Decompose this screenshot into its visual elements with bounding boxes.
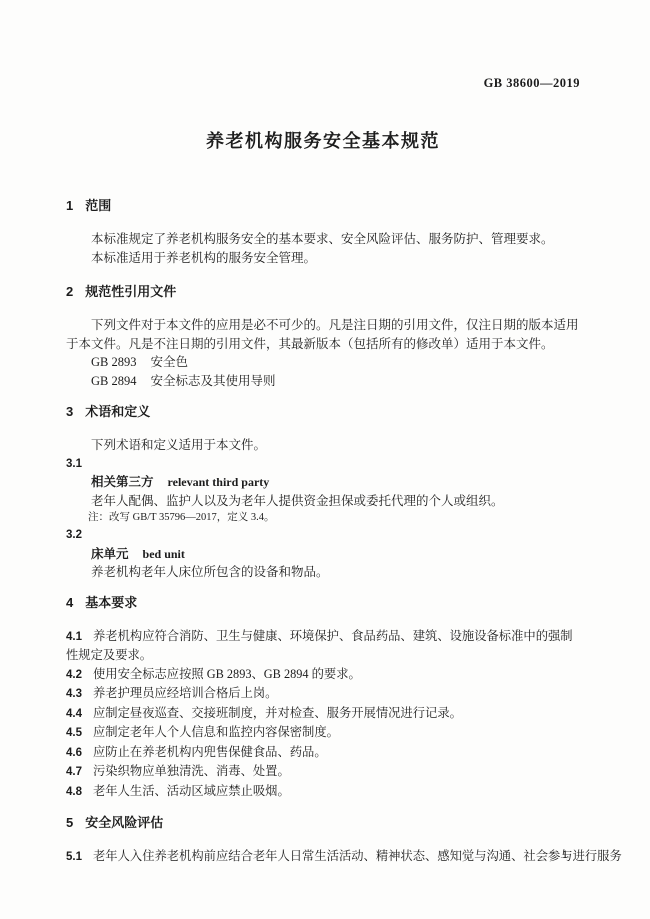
document-page: GB 38600—2019 养老机构服务安全基本规范 1范围 本标准规定了养老机… [0,0,650,919]
clause-number: 5.1 [66,851,82,863]
section-3-heading: 3术语和定义 [66,403,580,421]
clause-text: 使用安全标志应按照 GB 2893、GB 2894 的要求。 [93,667,361,681]
section-4-title: 基本要求 [85,595,137,610]
clause-number: 4.8 [66,786,82,798]
section-5-number: 5 [66,815,73,830]
term-definition: 老年人配偶、监护人以及为老年人提供资金担保或委托代理的个人或组织。 [66,492,580,511]
term-number: 3.2 [66,526,580,545]
clause-4-8: 4.8老年人生活、活动区域应禁止吸烟。 [66,782,580,802]
clause-number: 4.4 [66,708,82,720]
section-5-heading: 5安全风险评估 [66,814,580,832]
clause-4-3: 4.3养老护理员应经培训合格后上岗。 [66,684,580,704]
clause-text: 污染织物应单独清洗、消毒、处置。 [93,764,290,778]
clause-text: 养老机构应符合消防、卫生与健康、环境保护、食品药品、建筑、设施设备标准中的强制性… [66,629,573,663]
clause-number: 4.2 [66,669,82,681]
clause-4-5: 4.5应制定老年人个人信息和监控内容保密制度。 [66,723,580,743]
section-2-number: 2 [66,284,73,299]
term-chinese: 床单元 [91,547,129,561]
reference-code: GB 2893 [91,355,137,369]
scope-paragraph-2: 本标准适用于养老机构的服务安全管理。 [66,249,580,268]
term-english: bed unit [143,547,185,561]
reference-title: 安全标志及其使用导则 [151,374,276,388]
reference-item: GB 2894安全标志及其使用导则 [66,372,580,391]
page-number: 1 [562,847,568,861]
clause-text: 养老护理员应经培训合格后上岗。 [93,686,277,700]
clause-text: 应制定昼夜巡查、交接班制度，并对检查、服务开展情况进行记录。 [93,706,462,720]
document-title: 养老机构服务安全基本规范 [66,128,580,154]
clause-4-6: 4.6应防止在养老机构内兜售保健食品、药品。 [66,743,580,763]
clause-number: 4.1 [66,631,82,643]
standard-code: GB 38600—2019 [66,0,580,91]
normative-references-paragraph: 下列文件对于本文件的应用是必不可少的。凡是注日期的引用文件，仅注日期的版本适用于… [66,316,580,353]
clause-text: 应制定老年人个人信息和监控内容保密制度。 [93,725,339,739]
term-note: 注：改写 GB/T 35796—2017，定义 3.4。 [66,510,580,526]
clause-number: 4.5 [66,727,82,739]
term-chinese: 相关第三方 [91,475,154,489]
clause-4-1: 4.1养老机构应符合消防、卫生与健康、环境保护、食品药品、建筑、设施设备标准中的… [66,627,580,665]
clause-4-2: 4.2使用安全标志应按照 GB 2893、GB 2894 的要求。 [66,665,580,685]
reference-item: GB 2893安全色 [66,353,580,372]
clause-number: 4.6 [66,747,82,759]
clause-text: 老年人入住养老机构前应结合老年人日常生活活动、精神状态、感知觉与沟通、社会参与进… [93,849,622,863]
section-3-number: 3 [66,404,73,419]
section-4-heading: 4基本要求 [66,594,580,612]
section-1-number: 1 [66,198,73,213]
term-entry: 床单元bed unit [66,545,580,564]
clause-4-7: 4.7污染织物应单独清洗、消毒、处置。 [66,762,580,782]
clause-text: 应防止在养老机构内兜售保健食品、药品。 [93,745,327,759]
section-5-title: 安全风险评估 [85,815,163,830]
reference-title: 安全色 [151,355,189,369]
term-definition: 养老机构老年人床位所包含的设备和物品。 [66,563,580,582]
term-english: relevant third party [168,475,270,489]
terms-intro: 下列术语和定义适用于本文件。 [66,436,580,455]
term-number: 3.1 [66,455,580,474]
section-3-title: 术语和定义 [85,404,150,419]
clause-4-4: 4.4应制定昼夜巡查、交接班制度，并对检查、服务开展情况进行记录。 [66,704,580,724]
section-1-title: 范围 [85,198,111,213]
reference-code: GB 2894 [91,374,137,388]
section-1-heading: 1范围 [66,197,580,215]
clause-text: 老年人生活、活动区域应禁止吸烟。 [93,784,290,798]
clause-number: 4.3 [66,688,82,700]
clause-5-1: 5.1老年人入住养老机构前应结合老年人日常生活活动、精神状态、感知觉与沟通、社会… [66,847,580,867]
section-4-number: 4 [66,595,73,610]
section-2-title: 规范性引用文件 [85,284,176,299]
scope-paragraph-1: 本标准规定了养老机构服务安全的基本要求、安全风险评估、服务防护、管理要求。 [66,230,580,249]
clause-number: 4.7 [66,766,82,778]
term-entry: 相关第三方relevant third party [66,473,580,492]
section-2-heading: 2规范性引用文件 [66,283,580,301]
